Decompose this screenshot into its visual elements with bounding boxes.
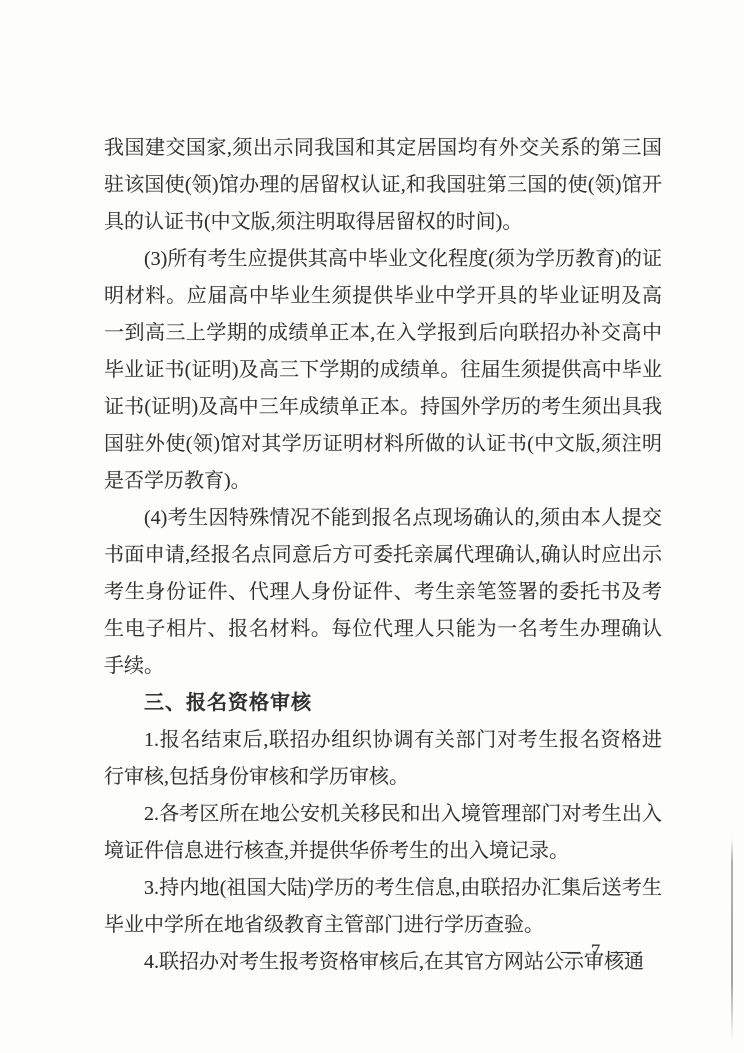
scan-artifact-line bbox=[731, 838, 733, 1042]
para-item-4-proxy-confirmation: (4)考生因特殊情况不能到报名点现场确认的,须由本人提交书面申请,经报名点同意后… bbox=[104, 500, 662, 685]
para-review-step-2: 2.各考区所在地公安机关移民和出入境管理部门对考生出入境证件信息进行核查,并提供… bbox=[104, 796, 662, 870]
para-review-step-1: 1.报名结束后,联招办组织协调有关部门对考生报名资格进行审核,包括身份审核和学历… bbox=[104, 722, 662, 796]
document-page: 我国建交国家,须出示同我国和其定居国均有外交关系的第三国驻该国使(领)馆办理的居… bbox=[0, 0, 744, 1053]
para-review-step-3: 3.持内地(祖国大陆)学历的考生信息,由联招办汇集后送考生毕业中学所在地省级教育… bbox=[104, 870, 662, 944]
document-body: 我国建交国家,须出示同我国和其定居国均有外交关系的第三国驻该国使(领)馆办理的居… bbox=[104, 130, 662, 981]
section-heading-registration-qualification-review: 三、报名资格审核 bbox=[104, 685, 662, 722]
para-residence-certification: 我国建交国家,须出示同我国和其定居国均有外交关系的第三国驻该国使(领)馆办理的居… bbox=[104, 130, 662, 241]
para-item-3-education-proof: (3)所有考生应提供其高中毕业文化程度(须为学历教育)的证明材料。应届高中毕业生… bbox=[104, 241, 662, 500]
page-number: — 7 — bbox=[561, 941, 633, 963]
